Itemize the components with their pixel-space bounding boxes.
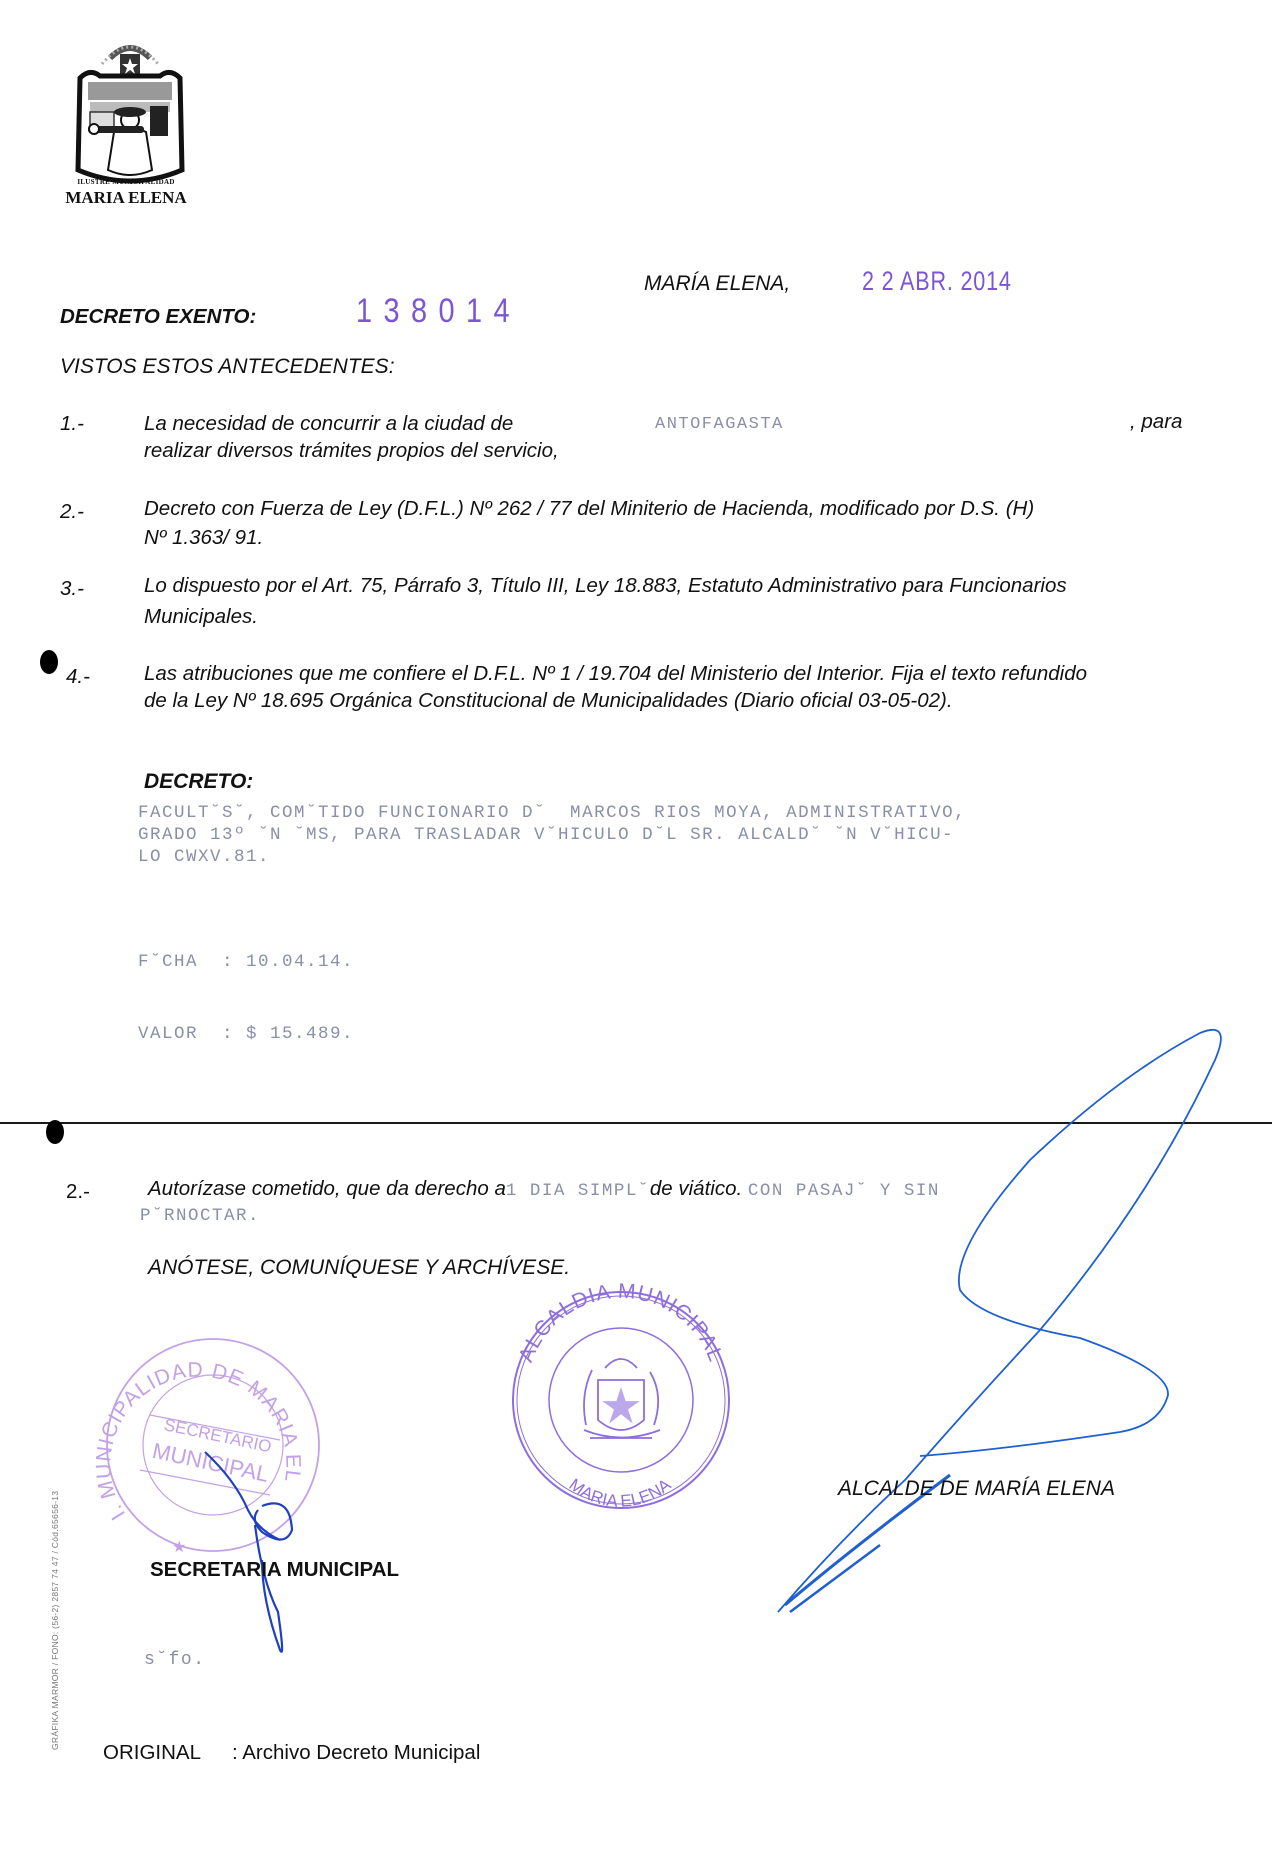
svg-text:MARIA ELENA: MARIA ELENA: [566, 1475, 675, 1511]
secretaria-stamp: I. MUNICIPALIDAD DE MARIA ELENA SECRETAR…: [0, 0, 319, 1556]
alcaldia-stamp: ALCALDIA MUNICIPAL MARIA ELENA: [513, 1280, 729, 1511]
printer-note: GRÁFIKA MARMOR / FONO: (56-2) 2857 74 47…: [50, 1491, 60, 1750]
svg-text:ALCALDIA MUNICIPAL: ALCALDIA MUNICIPAL: [514, 1280, 727, 1366]
alcalde-title: ALCALDE DE MARÍA ELENA: [838, 1477, 1115, 1501]
svg-text:★: ★: [172, 1539, 186, 1556]
typist-initials: s˘fo.: [144, 1650, 206, 1670]
distribution-value: : Archivo Decreto Municipal: [232, 1741, 480, 1765]
chile-coat-of-arms-icon: [584, 1359, 660, 1438]
distribution-label: ORIGINAL: [103, 1741, 201, 1765]
secretaria-title: SECRETARIA MUNICIPAL: [150, 1558, 399, 1582]
alcalde-signature: [778, 1030, 1221, 1612]
svg-text:I. MUNICIPALIDAD DE MARIA ELEN: I. MUNICIPALIDAD DE MARIA ELENA: [0, 0, 305, 1524]
